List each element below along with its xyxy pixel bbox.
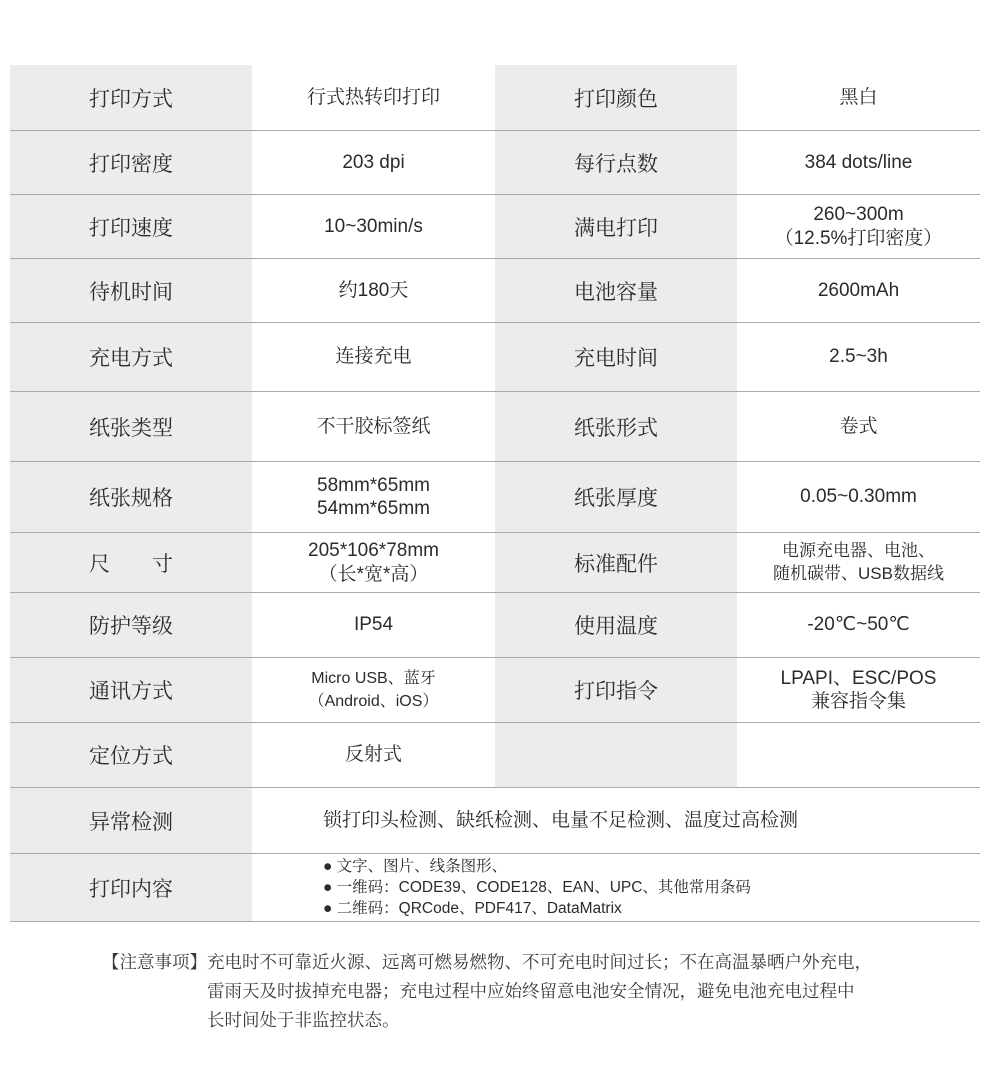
spec-label-text: 打印颜色 bbox=[574, 83, 658, 113]
spec-label: 通讯方式 bbox=[10, 658, 252, 722]
spec-value-line: 连接充电 bbox=[335, 345, 411, 368]
spec-label-text: 待机时间 bbox=[89, 276, 173, 306]
spec-value: 锁打印头检测、缺纸检测、电量不足检测、温度过高检测 bbox=[252, 788, 980, 853]
spec-value-line: 黑白 bbox=[839, 86, 877, 109]
spec-row-protection-rating: 防护等级 IP54 使用温度 -20℃~50℃ bbox=[10, 593, 980, 658]
spec-row-paper-size: 纸张规格 58mm*65mm 54mm*65mm 纸张厚度 0.05~0.30m… bbox=[10, 462, 980, 533]
spec-label-text: 定位方式 bbox=[89, 740, 173, 770]
spec-label: 打印方式 bbox=[10, 65, 252, 130]
spec-label: 纸张厚度 bbox=[495, 462, 737, 532]
spec-value: Micro USB、蓝牙 （Android、iOS） bbox=[252, 658, 495, 722]
spec-value: 行式热转印打印 bbox=[252, 65, 495, 130]
spec-value: 反射式 bbox=[252, 723, 495, 787]
spec-row-dimensions: 尺 寸 205*106*78mm （长*宽*高） 标准配件 电源充电器、电池、 … bbox=[10, 533, 980, 593]
spec-value-line: 260~300m bbox=[813, 203, 903, 226]
spec-value: ● 文字、图片、线条图形、 ● 一维码：CODE39、CODE128、EAN、U… bbox=[252, 854, 980, 921]
spec-label-text: 标准配件 bbox=[574, 548, 658, 578]
spec-label: 打印指令 bbox=[495, 658, 737, 722]
spec-row-print-content: 打印内容 ● 文字、图片、线条图形、 ● 一维码：CODE39、CODE128、… bbox=[10, 854, 980, 922]
spec-value-line: 不干胶标签纸 bbox=[316, 415, 430, 438]
notice-line: 长时间处于非监控状态。 bbox=[207, 1006, 872, 1035]
spec-value-line: 反射式 bbox=[345, 743, 402, 766]
spec-value-line: 锁打印头检测、缺纸检测、电量不足检测、温度过高检测 bbox=[323, 809, 798, 832]
spec-value-line: -20℃~50℃ bbox=[807, 613, 909, 636]
spec-value-line: 电源充电器、电池、 bbox=[782, 540, 935, 563]
spec-value-line: 2.5~3h bbox=[829, 345, 888, 368]
spec-value-line: 384 dots/line bbox=[805, 151, 913, 174]
spec-sheet-page: 打印方式 行式热转印打印 打印颜色 黑白 打印密度 203 dpi 每行点数 3… bbox=[0, 0, 990, 1077]
spec-label: 待机时间 bbox=[10, 259, 252, 322]
spec-row-standby-time: 待机时间 约180天 电池容量 2600mAh bbox=[10, 259, 980, 323]
spec-value: 260~300m （12.5%打印密度） bbox=[737, 195, 980, 258]
spec-value: 黑白 bbox=[737, 65, 980, 130]
spec-value: 10~30min/s bbox=[252, 195, 495, 258]
spec-value-line: 随机碳带、USB数据线 bbox=[773, 563, 944, 586]
spec-value: 2.5~3h bbox=[737, 323, 980, 391]
spec-value-line: 10~30min/s bbox=[324, 215, 423, 238]
spec-value-line: 54mm*65mm bbox=[317, 497, 430, 520]
spec-label-text: 打印密度 bbox=[89, 148, 173, 178]
spec-bullet-line: ● 文字、图片、线条图形、 bbox=[323, 856, 507, 877]
spec-row-error-detection: 异常检测 锁打印头检测、缺纸检测、电量不足检测、温度过高检测 bbox=[10, 788, 980, 854]
spec-value: 0.05~0.30mm bbox=[737, 462, 980, 532]
spec-label-text: 异常检测 bbox=[89, 806, 173, 836]
spec-value: 2600mAh bbox=[737, 259, 980, 322]
spec-label-text: 尺 寸 bbox=[89, 548, 173, 578]
spec-bullet-line: ● 二维码：QRCode、PDF417、DataMatrix bbox=[323, 898, 622, 919]
spec-value-line: LPAPI、ESC/POS bbox=[781, 667, 937, 690]
spec-row-charge-method: 充电方式 连接充电 充电时间 2.5~3h bbox=[10, 323, 980, 392]
spec-label-text: 打印内容 bbox=[89, 873, 173, 903]
spec-value-line: 203 dpi bbox=[342, 151, 404, 174]
spec-label: 充电方式 bbox=[10, 323, 252, 391]
spec-value: 384 dots/line bbox=[737, 131, 980, 194]
notice-line: 雷雨天及时拔掉充电器；充电过程中应始终留意电池安全情况，避免电池充电过程中 bbox=[207, 977, 872, 1006]
spec-value-line: （12.5%打印密度） bbox=[775, 227, 943, 250]
spec-value-empty bbox=[737, 723, 980, 787]
spec-value: IP54 bbox=[252, 593, 495, 657]
spec-value: 约180天 bbox=[252, 259, 495, 322]
spec-label-text: 每行点数 bbox=[574, 148, 658, 178]
spec-label: 满电打印 bbox=[495, 195, 737, 258]
spec-bullet-line: ● 一维码：CODE39、CODE128、EAN、UPC、其他常用条码 bbox=[323, 877, 751, 898]
spec-value-line: 0.05~0.30mm bbox=[800, 485, 917, 508]
spec-label: 每行点数 bbox=[495, 131, 737, 194]
spec-value: -20℃~50℃ bbox=[737, 593, 980, 657]
spec-label-text: 打印速度 bbox=[89, 212, 173, 242]
spec-row-positioning: 定位方式 反射式 bbox=[10, 723, 980, 788]
spec-value-line: 兼容指令集 bbox=[811, 690, 906, 713]
spec-label: 纸张类型 bbox=[10, 392, 252, 461]
spec-label: 标准配件 bbox=[495, 533, 737, 592]
spec-value: 不干胶标签纸 bbox=[252, 392, 495, 461]
spec-value-line: 约180天 bbox=[339, 279, 409, 302]
spec-row-print-density: 打印密度 203 dpi 每行点数 384 dots/line bbox=[10, 131, 980, 195]
notice-section: 【注意事项】 充电时不可靠近火源、远离可燃易燃物、不可充电时间过长；不在高温暴晒… bbox=[102, 948, 872, 1035]
spec-label-text: 纸张类型 bbox=[89, 412, 173, 442]
spec-value-line: 卷式 bbox=[839, 415, 877, 438]
spec-value: 电源充电器、电池、 随机碳带、USB数据线 bbox=[737, 533, 980, 592]
spec-row-paper-type: 纸张类型 不干胶标签纸 纸张形式 卷式 bbox=[10, 392, 980, 462]
spec-label-text: 防护等级 bbox=[89, 610, 173, 640]
spec-label: 打印颜色 bbox=[495, 65, 737, 130]
spec-row-print-speed: 打印速度 10~30min/s 满电打印 260~300m （12.5%打印密度… bbox=[10, 195, 980, 259]
notice-line: 充电时不可靠近火源、远离可燃易燃物、不可充电时间过长；不在高温暴晒户外充电， bbox=[207, 948, 872, 977]
spec-label: 打印密度 bbox=[10, 131, 252, 194]
spec-label: 定位方式 bbox=[10, 723, 252, 787]
spec-label-text: 满电打印 bbox=[574, 212, 658, 242]
spec-value: 58mm*65mm 54mm*65mm bbox=[252, 462, 495, 532]
spec-label-text: 使用温度 bbox=[574, 610, 658, 640]
spec-value-line: 行式热转印打印 bbox=[307, 86, 440, 109]
spec-table: 打印方式 行式热转印打印 打印颜色 黑白 打印密度 203 dpi 每行点数 3… bbox=[10, 65, 980, 922]
spec-label: 异常检测 bbox=[10, 788, 252, 853]
spec-label-text: 通讯方式 bbox=[89, 675, 173, 705]
spec-label: 电池容量 bbox=[495, 259, 737, 322]
notice-label: 【注意事项】 bbox=[102, 948, 207, 1035]
spec-label-text: 电池容量 bbox=[574, 276, 658, 306]
spec-value-line: 205*106*78mm bbox=[308, 539, 439, 562]
spec-label-text: 纸张厚度 bbox=[574, 482, 658, 512]
spec-value-line: IP54 bbox=[354, 613, 393, 636]
spec-value-line: （Android、iOS） bbox=[309, 690, 439, 713]
spec-label: 打印内容 bbox=[10, 854, 252, 921]
spec-label-text: 纸张形式 bbox=[574, 412, 658, 442]
spec-label-text: 充电时间 bbox=[574, 342, 658, 372]
spec-label-text: 打印方式 bbox=[89, 83, 173, 113]
spec-label: 充电时间 bbox=[495, 323, 737, 391]
spec-label: 纸张形式 bbox=[495, 392, 737, 461]
spec-value-line: Micro USB、蓝牙 bbox=[311, 667, 435, 690]
spec-label: 纸张规格 bbox=[10, 462, 252, 532]
spec-label-text: 充电方式 bbox=[89, 342, 173, 372]
spec-label: 尺 寸 bbox=[10, 533, 252, 592]
spec-row-communication: 通讯方式 Micro USB、蓝牙 （Android、iOS） 打印指令 LPA… bbox=[10, 658, 980, 723]
spec-label-text: 打印指令 bbox=[574, 675, 658, 705]
spec-value: 卷式 bbox=[737, 392, 980, 461]
spec-value: 连接充电 bbox=[252, 323, 495, 391]
spec-label: 打印速度 bbox=[10, 195, 252, 258]
spec-value-line: （长*宽*高） bbox=[319, 563, 429, 586]
notice-text: 充电时不可靠近火源、远离可燃易燃物、不可充电时间过长；不在高温暴晒户外充电， 雷… bbox=[207, 948, 872, 1035]
spec-value-line: 2600mAh bbox=[818, 279, 899, 302]
spec-label-text: 纸张规格 bbox=[89, 482, 173, 512]
spec-row-print-method: 打印方式 行式热转印打印 打印颜色 黑白 bbox=[10, 65, 980, 131]
spec-label-empty bbox=[495, 723, 737, 787]
spec-value: 205*106*78mm （长*宽*高） bbox=[252, 533, 495, 592]
spec-label: 使用温度 bbox=[495, 593, 737, 657]
spec-value: LPAPI、ESC/POS 兼容指令集 bbox=[737, 658, 980, 722]
spec-value: 203 dpi bbox=[252, 131, 495, 194]
spec-label: 防护等级 bbox=[10, 593, 252, 657]
spec-value-line: 58mm*65mm bbox=[317, 474, 430, 497]
